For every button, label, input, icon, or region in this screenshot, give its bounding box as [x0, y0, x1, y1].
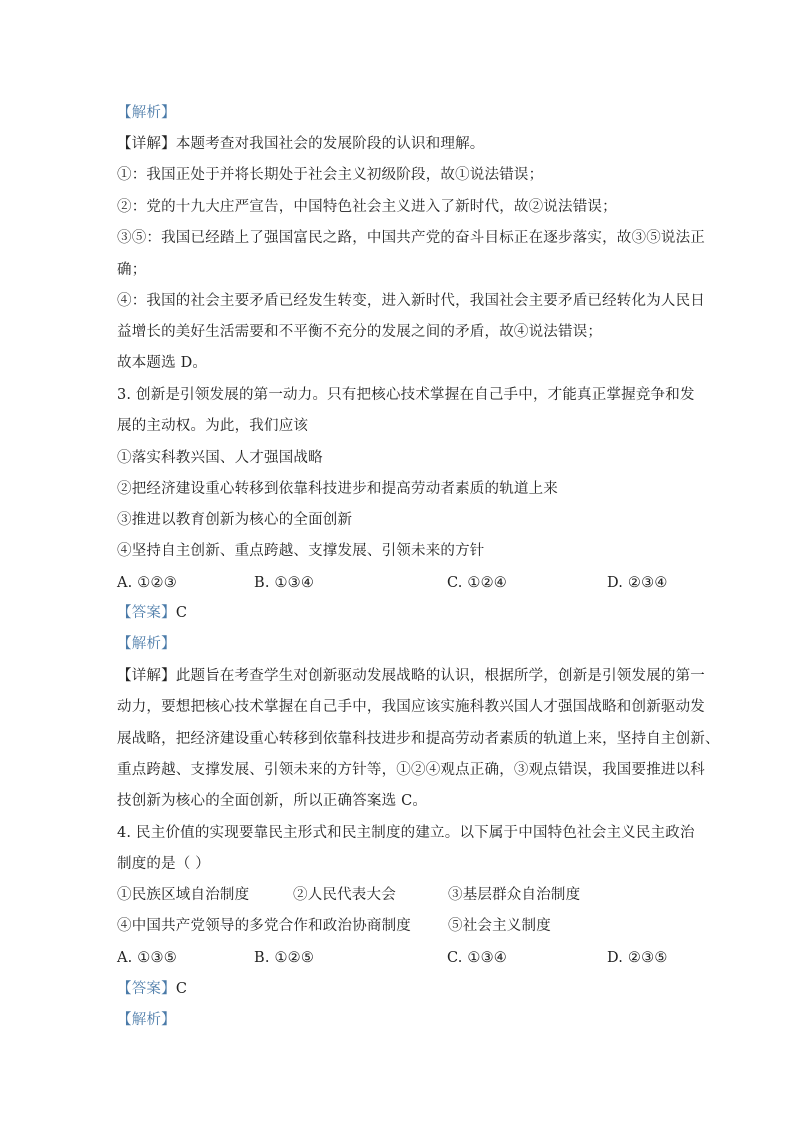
analysis-line: ①：我国正处于并将长期处于社会主义初级阶段，故①说法错误； [117, 162, 543, 188]
analysis-label: 【解析】 [117, 1007, 176, 1033]
analysis-line: 益增长的美好生活需要和不平衡不充分的发展之间的矛盾，故④说法错误； [117, 319, 602, 345]
detail-line: 展战略，把经济建设重心转移到依靠科技进步和提高劳动者素质的轨道上来，坚持自主创新… [117, 726, 720, 752]
option-a[interactable]: A. ①③⑤ [117, 945, 177, 971]
analysis-line: ③⑤：我国已经踏上了强国富民之路，中国共产党的奋斗目标正在逐步落实，故③⑤说法正 [117, 225, 705, 251]
detail-paragraph: 【详解】本题考查对我国社会的发展阶段的认识和理解。 [117, 131, 485, 157]
analysis-label: 【解析】 [117, 100, 176, 126]
analysis-line: 确； [117, 257, 146, 283]
statement: ⑤社会主义制度 [448, 913, 551, 939]
statement: ③基层群众自治制度 [448, 882, 580, 908]
detail-text: 本题考查对我国社会的发展阶段的认识和理解。 [176, 136, 485, 152]
analysis-label: 【解析】 [117, 631, 176, 657]
option-d[interactable]: D. ②③④ [607, 570, 668, 596]
statements-row: ①民族区域自治制度 ②人民代表大会 ③基层群众自治制度 [117, 882, 677, 908]
answer-label: 【答案】 [117, 981, 176, 997]
option-b[interactable]: B. ①②⑤ [254, 945, 314, 971]
option-b[interactable]: B. ①③④ [254, 570, 314, 596]
detail-label: 【详解】 [117, 668, 176, 684]
statement: ①落实科教兴国、人才强国战略 [117, 445, 323, 471]
detail-text: 此题旨在考查学生对创新驱动发展战略的认识，根据所学，创新是引领发展的第一 [176, 668, 705, 684]
answer-value: C [176, 981, 187, 997]
question-stem: 展的主动权。为此，我们应该 [117, 413, 308, 439]
options-row: A. ①③⑤ B. ①②⑤ C. ①③④ D. ②③⑤ [117, 945, 677, 971]
option-c[interactable]: C. ①③④ [447, 945, 507, 971]
statement: ②人民代表大会 [293, 882, 396, 908]
options-row: A. ①②③ B. ①③④ C. ①②④ D. ②③④ [117, 570, 677, 596]
answer-line: 【答案】C [117, 600, 187, 626]
question-stem: 3. 创新是引领发展的第一动力。只有把核心技术掌握在自己手中，才能真正掌握竞争和… [117, 382, 695, 408]
question-stem: 制度的是（ ） [117, 851, 210, 877]
detail-line: 动力，要想把核心技术掌握在自己手中，我国应该实施科教兴国人才强国战略和创新驱动发 [117, 694, 705, 720]
conclusion-line: 故本题选 D。 [117, 350, 207, 376]
detail-paragraph: 【详解】此题旨在考查学生对创新驱动发展战略的认识，根据所学，创新是引领发展的第一 [117, 663, 705, 689]
option-a[interactable]: A. ①②③ [117, 570, 177, 596]
analysis-line: ②：党的十九大庄严宣告，中国特色社会主义进入了新时代，故②说法错误； [117, 194, 617, 220]
statement: ③推进以教育创新为核心的全面创新 [117, 507, 352, 533]
detail-line: 技创新为核心的全面创新，所以正确答案选 C。 [117, 788, 427, 814]
answer-value: C [176, 605, 187, 621]
statement: ②把经济建设重心转移到依靠科技进步和提高劳动者素质的轨道上来 [117, 476, 558, 502]
option-d[interactable]: D. ②③⑤ [607, 945, 668, 971]
answer-label: 【答案】 [117, 605, 176, 621]
answer-line: 【答案】C [117, 976, 187, 1002]
statement: ①民族区域自治制度 [117, 882, 249, 908]
question-stem: 4. 民主价值的实现要靠民主形式和民主制度的建立。以下属于中国特色社会主义民主政… [117, 820, 695, 846]
statement: ④坚持自主创新、重点跨越、支撑发展、引领未来的方针 [117, 538, 485, 564]
detail-label: 【详解】 [117, 136, 176, 152]
option-c[interactable]: C. ①②④ [447, 570, 507, 596]
analysis-line: ④：我国的社会主要矛盾已经发生转变，进入新时代，我国社会主要矛盾已经转化为人民日 [117, 288, 705, 314]
statements-row: ④中国共产党领导的多党合作和政治协商制度 ⑤社会主义制度 [117, 913, 677, 939]
detail-line: 重点跨越、支撑发展、引领未来的方针等，①②④观点正确，③观点错误，我国要推进以科 [117, 757, 705, 783]
statement: ④中国共产党领导的多党合作和政治协商制度 [117, 913, 411, 939]
